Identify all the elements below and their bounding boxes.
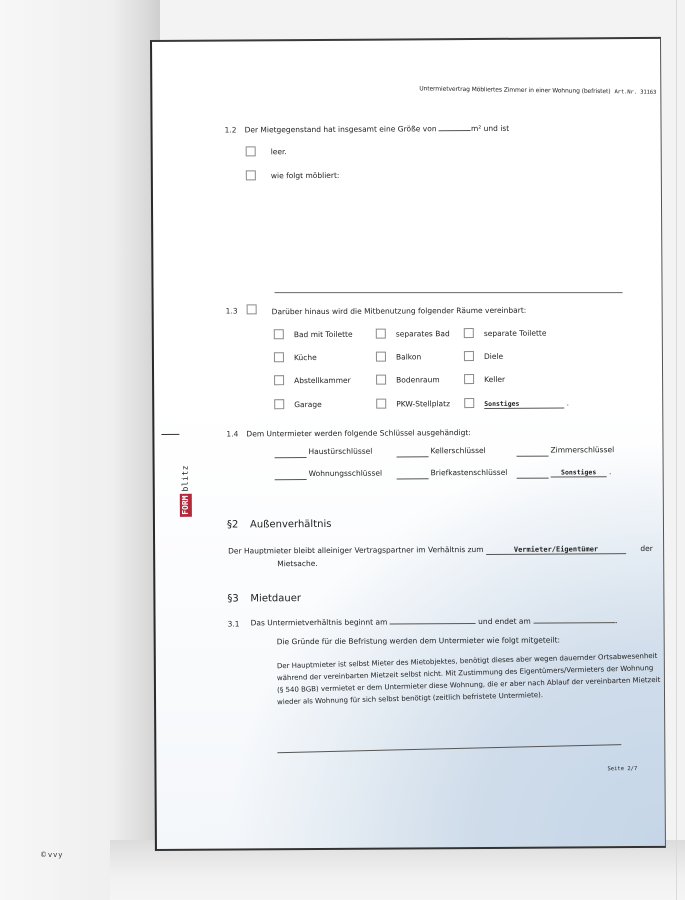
reasons-input-line[interactable] (277, 744, 621, 753)
checkbox-room[interactable] (376, 352, 386, 362)
section-2-text: Der Hauptmieter bleibt alleiniger Vertra… (228, 544, 653, 557)
key-label: Briefkastenschlüssel (431, 468, 508, 477)
section-2-text-line2: Mietsache. (277, 559, 318, 568)
vertragspartner-input[interactable]: Vermieter/Eigentümer (486, 545, 626, 555)
option-leer: leer. (271, 147, 287, 156)
checkbox-room[interactable] (274, 352, 284, 362)
key-label: Zimmerschlüssel (550, 445, 614, 454)
room-label: Sonstiges . (484, 398, 569, 409)
end-date-input[interactable] (533, 622, 615, 624)
section-number-1-2: 1.2 (225, 125, 237, 134)
option-moebliert: wie folgt möbliert: (271, 171, 340, 180)
room-label: Diele (484, 352, 503, 361)
size-unit-label: m² und ist (471, 124, 509, 133)
section-3-symbol: §3 (227, 593, 238, 604)
size-label: Der Mietgegenstand hat insgesamt eine Gr… (245, 124, 437, 134)
logo-rule (161, 434, 179, 435)
checkbox-room[interactable] (376, 375, 386, 385)
checkbox-room[interactable] (274, 375, 284, 385)
room-label: PKW-Stellplatz (396, 399, 450, 408)
checkbox-room[interactable] (274, 399, 284, 409)
key-count-input[interactable] (275, 457, 307, 458)
watermark: ©vvy (40, 851, 63, 859)
key-count-input[interactable] (397, 478, 429, 479)
key-item: Haustürschlüssel (274, 447, 372, 457)
key-item: Wohnungsschlüssel (275, 469, 382, 479)
reasons-text: Der Hauptmieter ist selbst Mieter des Mi… (152, 39, 660, 42)
key-item: Kellerschlüssel (396, 446, 485, 456)
key-item: Briefkastenschlüssel (397, 468, 508, 478)
key-count-input[interactable] (517, 478, 549, 479)
document-page: Untermietvertrag Möbliertes Zimmer in ei… (150, 37, 666, 851)
checkbox-room[interactable] (464, 374, 474, 384)
key-item: Sonstiges . (517, 467, 612, 478)
sonstiges-room-input[interactable]: Sonstiges (484, 399, 564, 408)
logo-blitz: blitz (180, 465, 192, 494)
key-count-input[interactable] (397, 456, 429, 457)
section-number-3-1: 3.1 (228, 619, 240, 628)
key-label: Wohnungsschlüssel (309, 469, 382, 478)
room-label: Küche (294, 353, 317, 362)
section-2-text-before: Der Hauptmieter bleibt alleiniger Vertra… (228, 545, 484, 556)
room-label: separate Toilette (484, 329, 547, 338)
frame-edge-right (676, 0, 677, 900)
document-title: Untermietvertrag Möbliertes Zimmer in ei… (419, 85, 610, 95)
page-number: Seite 2/7 (607, 766, 637, 772)
room-label: Abstellkammer (294, 376, 351, 385)
room-label: separates Bad (396, 329, 450, 338)
room-label: Bad mit Toilette (294, 330, 353, 339)
section-number-1-4: 1.4 (226, 429, 238, 438)
section-2-title: Außenverhältnis (250, 519, 332, 530)
section-1-2-text: Der Mietgegenstand hat insgesamt eine Gr… (245, 124, 510, 135)
article-number: Art.Nr. 31163 (614, 89, 656, 96)
furnishing-input-line[interactable] (275, 292, 623, 293)
checkbox-room[interactable] (464, 351, 474, 361)
room-label: Garage (294, 400, 322, 409)
checkbox-room[interactable] (376, 399, 386, 409)
page-shadow-left (0, 0, 160, 900)
section-3-title: Mietdauer (250, 593, 301, 604)
checkbox-leer[interactable] (246, 146, 256, 156)
checkbox-room[interactable] (464, 398, 474, 408)
key-item: Zimmerschlüssel (516, 445, 614, 455)
reason-line: wieder als Wohnung für sich selbst benöt… (277, 691, 543, 706)
room-label: Bodenraum (396, 375, 440, 384)
section-2-text-after: der (640, 544, 653, 553)
key-label: Kellerschlüssel (430, 446, 485, 455)
section-3-1-text: Das Untermietverhältnis beginnt am und e… (251, 616, 618, 627)
begin-label: Das Untermietverhältnis beginnt am (251, 618, 388, 628)
key-count-input[interactable] (517, 456, 549, 457)
document-header: Untermietvertrag Möbliertes Zimmer in ei… (419, 85, 656, 96)
keys-grid: HaustürschlüsselKellerschlüsselZimmersch… (152, 39, 660, 42)
end-label: und endet am (478, 617, 531, 626)
checkbox-room[interactable] (274, 329, 284, 339)
section-number-1-3: 1.3 (226, 306, 238, 315)
formblitz-logo: FORM blitz (179, 437, 191, 517)
checkbox-room[interactable] (464, 328, 474, 338)
checkbox-room[interactable] (376, 329, 386, 339)
room-label: Balkon (396, 352, 421, 361)
section-1-3-text: Darüber hinaus wird die Mitbenutzung fol… (272, 306, 527, 317)
sonstiges-key-input[interactable]: Sonstiges (551, 468, 607, 477)
reasons-intro: Die Gründe für die Befristung werden dem… (277, 636, 560, 647)
key-label: Haustürschlüssel (308, 447, 372, 456)
section-2-symbol: §2 (227, 519, 238, 530)
rooms-grid: Bad mit Toiletteseparates Badseparate To… (152, 39, 660, 42)
logo-form: FORM (180, 493, 192, 516)
key-count-input[interactable] (275, 479, 307, 480)
begin-date-input[interactable] (390, 623, 476, 625)
checkbox-mitbenutzung[interactable] (247, 304, 257, 314)
size-input[interactable] (439, 130, 471, 131)
checkbox-moebliert[interactable] (246, 170, 256, 180)
section-1-4-text: Dem Untermieter werden folgende Schlüsse… (246, 428, 471, 438)
room-label: Keller (484, 375, 505, 384)
